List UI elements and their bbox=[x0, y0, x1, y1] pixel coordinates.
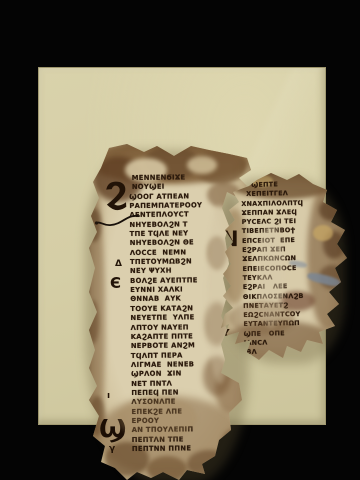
pen-flourish-mark bbox=[93, 212, 141, 232]
margin-mark-delta: Δ bbox=[115, 260, 122, 269]
initial-hori: Ϩ bbox=[104, 179, 128, 210]
over-stain bbox=[117, 396, 197, 440]
text-line: ΠΕΠΤΝΝ ΠΠΝΕ bbox=[132, 444, 227, 454]
over-stain bbox=[229, 301, 295, 335]
photo-backdrop: ΜΕΝΝΕΝϬΙϪΕ ΝΟΥϢΕΙϢΟΟΓ ΑΤΠΕΑΝΡΑΠΕΜΠΑΤΕΡΟΟ… bbox=[38, 67, 326, 425]
initial-epsilon: Є bbox=[110, 276, 121, 291]
margin-mark-stroke: ı bbox=[107, 392, 110, 401]
screenshot-root: { "colors": { "frame": "#040404", "backd… bbox=[0, 0, 360, 480]
stain-patch bbox=[187, 156, 217, 174]
margin-mark-ypsilon: γ bbox=[109, 445, 115, 454]
